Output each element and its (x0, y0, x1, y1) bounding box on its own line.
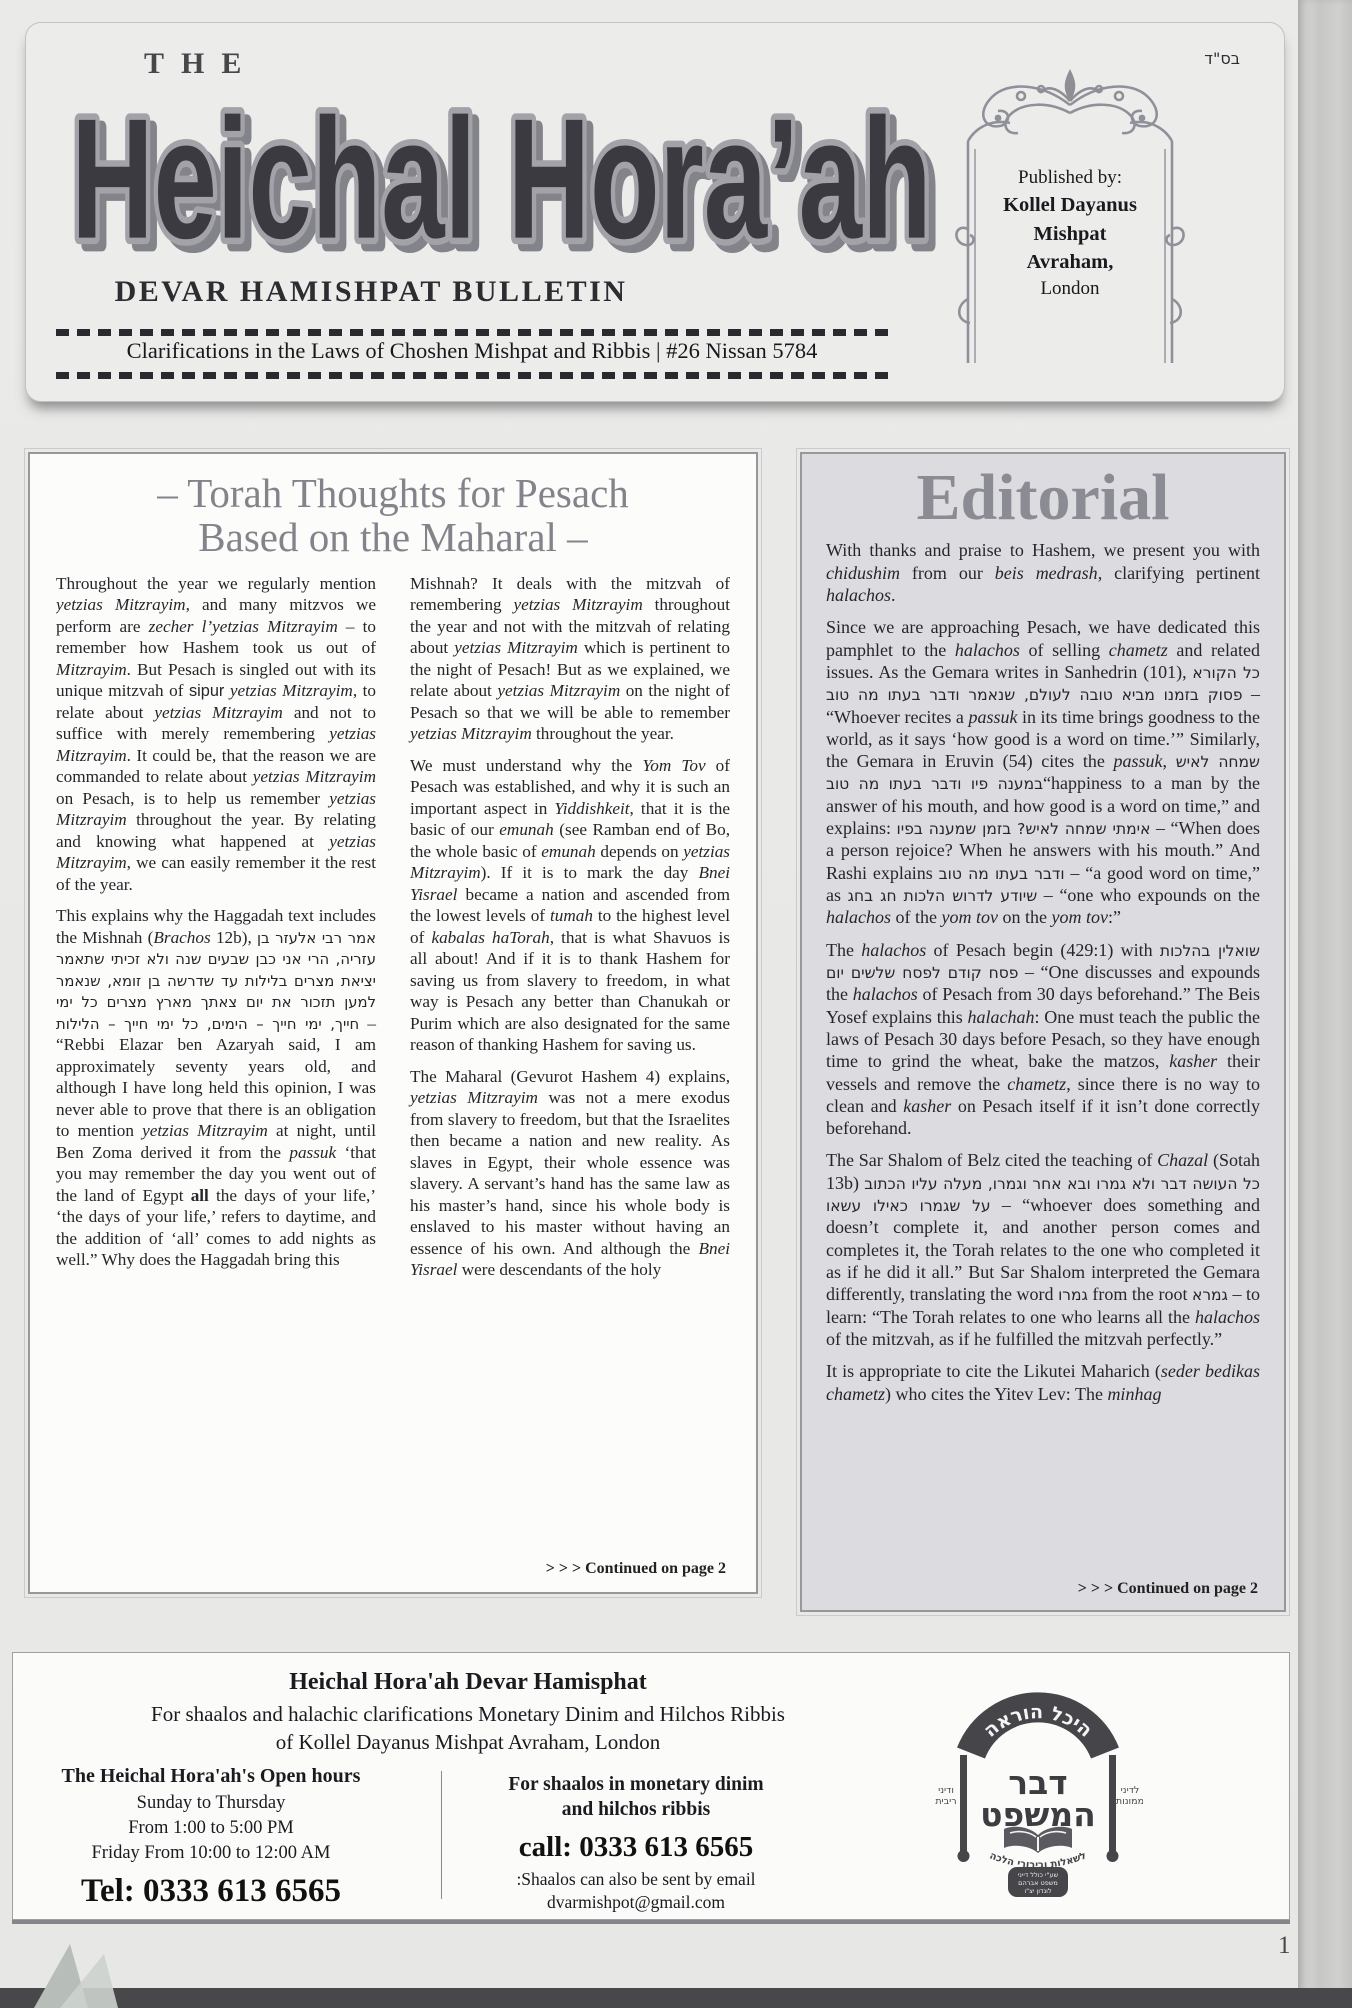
published-by-label: Published by: (966, 165, 1174, 191)
editorial-body: With thanks and praise to Hashem, we pre… (826, 539, 1260, 1405)
editorial-title: Editorial (826, 464, 1260, 531)
torah-article-title: – Torah Thoughts for Pesach Based on the… (56, 472, 730, 560)
emblem-right-label-1: לדיני (1121, 1785, 1140, 1796)
dashed-divider-bottom (56, 372, 888, 379)
shaalos-title-line-1: For shaalos in monetary dinim (471, 1773, 801, 1798)
emblem-base-text-1: שע"י כולל דייני (1018, 1871, 1059, 1879)
torah-thoughts-article: – Torah Thoughts for Pesach Based on the… (28, 452, 758, 1594)
masthead-tagline: Clarifications in the Laws of Choshen Mi… (56, 338, 888, 364)
publisher-name-2: Mishpat (966, 220, 1174, 248)
open-hours-days: Sunday to Thursday (46, 1791, 376, 1816)
emblem-left-label-1: ודיני (938, 1785, 954, 1796)
telephone-number: Tel: 0333 613 6565 (46, 1873, 376, 1910)
footer-heading-block: Heichal Hora'ah Devar Hamisphat For shaa… (43, 1669, 893, 1757)
page-number: 1 (1278, 1932, 1291, 1960)
call-number: call: 0333 613 6565 (471, 1831, 801, 1864)
email-address: dvarmishpot@gmail.com (471, 1891, 801, 1914)
footer-divider (441, 1771, 442, 1899)
emblem-base-text-2: משפט אברהם (1018, 1879, 1058, 1887)
torah-continued-note: > > > Continued on page 2 (546, 1560, 726, 1578)
footer-heading: Heichal Hora'ah Devar Hamisphat (43, 1669, 893, 1696)
scan-bottom-band (0, 1988, 1352, 2008)
shaalos-title-line-2: and hilchos ribbis (471, 1798, 801, 1823)
emblem-right-label-2: ממונות (1116, 1796, 1143, 1807)
footer-subheading-1: For shaalos and halachic clarifications … (43, 1700, 893, 1728)
leaf-watermark-icon (26, 1936, 136, 2008)
emblem-word-2: המשפט (980, 1795, 1096, 1834)
publisher-name-3: Avraham, (966, 248, 1174, 276)
masthead-kicker: THE (144, 47, 258, 81)
torah-title-line-2: Based on the Maharal – (56, 516, 730, 560)
masthead-title: Heichal Hora’ah (71, 82, 931, 266)
publisher-name-1: Kollel Dayanus (966, 191, 1174, 219)
scan-page-edge (1298, 0, 1352, 2008)
published-by-box: Published by: Kollel Dayanus Mishpat Avr… (944, 61, 1196, 373)
masthead-panel: THE Heichal Hora’ah Heichal Hora’ah DEVA… (25, 22, 1285, 402)
dashed-divider-top (56, 329, 888, 336)
open-hours-block: The Heichal Hora'ah's Open hours Sunday … (46, 1765, 376, 1910)
email-note: :Shaalos can also be sent by email (471, 1868, 801, 1891)
open-hours-title: The Heichal Hora'ah's Open hours (46, 1765, 376, 1788)
shaalos-contact-block: For shaalos in monetary dinim and hilcho… (471, 1773, 801, 1913)
footer-subheading-2: of Kollel Dayanus Mishpat Avraham, Londo… (43, 1728, 893, 1756)
published-by-text: Published by: Kollel Dayanus Mishpat Avr… (966, 165, 1174, 302)
emblem-left-label-2: ריבית (935, 1796, 956, 1807)
newsletter-page: THE Heichal Hora’ah Heichal Hora’ah DEVA… (0, 0, 1352, 2008)
kollel-emblem-logo: היכל הוראה דבר המשפט ודיני ריבית לדיני מ… (933, 1663, 1143, 1906)
masthead-title-logo: Heichal Hora’ah Heichal Hora’ah (68, 81, 948, 266)
editorial-continued-note: > > > Continued on page 2 (1078, 1580, 1258, 1598)
masthead-subtitle: DEVAR HAMISHPAT BULLETIN (71, 275, 671, 309)
torah-title-line-1: – Torah Thoughts for Pesach (56, 472, 730, 516)
editorial-article: Editorial With thanks and praise to Hash… (800, 452, 1286, 1612)
emblem-base-text-3: לונדון יצ"ו (1024, 1887, 1052, 1895)
open-hours-time-1: From 1:00 to 5:00 PM (46, 1816, 376, 1841)
contact-footer-panel: Heichal Hora'ah Devar Hamisphat For shaa… (12, 1652, 1290, 1920)
open-hours-time-2: Friday From 10:00 to 12:00 AM (46, 1841, 376, 1866)
bsd-label: בס"ד (1204, 49, 1240, 68)
publisher-city: London (966, 276, 1174, 302)
torah-article-body: Throughout the year we regularly mention… (56, 573, 730, 1541)
